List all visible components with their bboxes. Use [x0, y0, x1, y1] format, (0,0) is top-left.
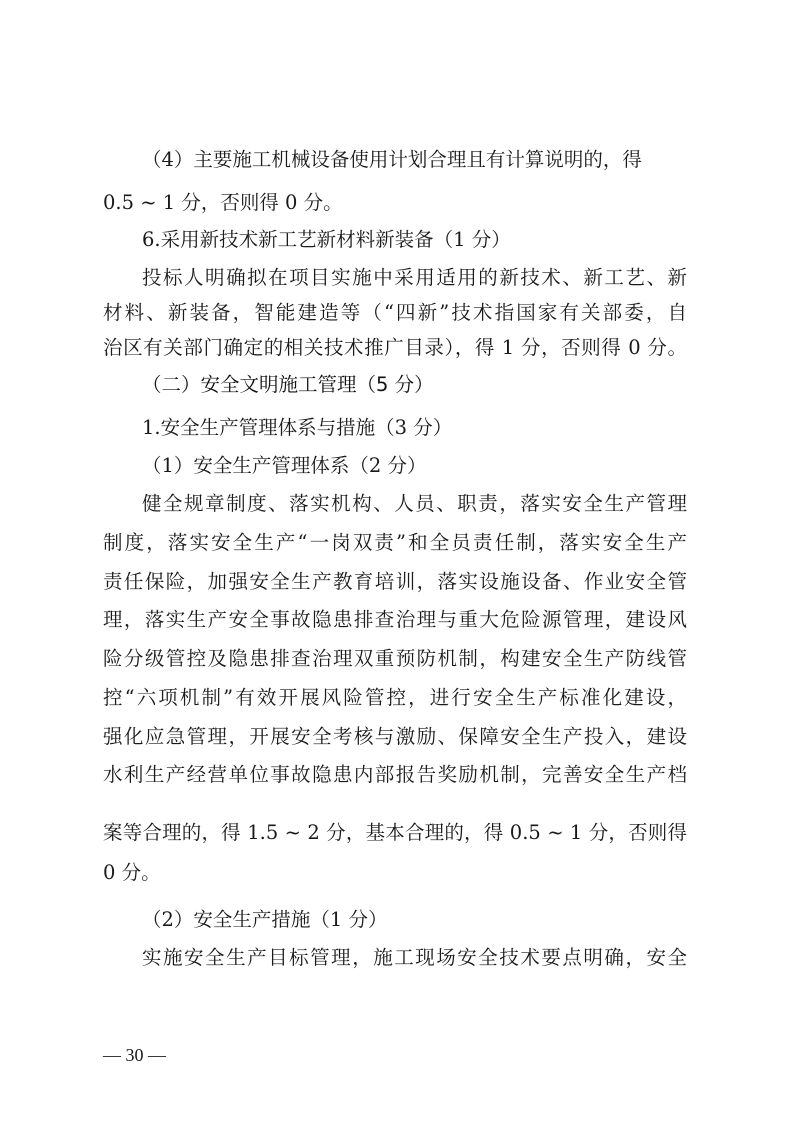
paragraph-line: 水利生产经营单位事故隐患内部报告奖励机制，完善安全生产档 — [103, 760, 687, 790]
criterion-4-text: （4）主要施工机械设备使用计划合理且有计算说明的，得 — [142, 145, 687, 175]
document-page: （4）主要施工机械设备使用计划合理且有计算说明的，得 0.5 ~ 1 分，否则得… — [0, 0, 793, 1122]
page-number: — 30 — — [103, 1042, 166, 1068]
paragraph-line: 强化应急管理，开展安全考核与激励、保障安全生产投入，建设 — [103, 722, 687, 752]
criterion-4-score: 0.5 ~ 1 分，否则得 0 分。 — [103, 188, 687, 218]
paragraph-line: 实施安全生产目标管理，施工现场安全技术要点明确，安全 — [142, 943, 687, 973]
paragraph-line: 理，落实生产安全事故隐患排查治理与重大危险源管理，建设风 — [103, 605, 687, 635]
paragraph-line: 治区有关部门确定的相关技术推广目录），得 1 分，否则得 0 分。 — [103, 333, 687, 363]
section-6-title: 6.采用新技术新工艺新材料新装备（1 分） — [142, 225, 687, 255]
paragraph-line: 0 分。 — [103, 858, 687, 888]
section-heading-2: （二）安全文明施工管理（5 分） — [142, 370, 687, 400]
paragraph-line: 险分级管控及隐患排查治理双重预防机制，构建安全生产防线管 — [103, 644, 687, 674]
paragraph-line: 制度，落实安全生产“一岗双责”和全员责任制，落实安全生产 — [103, 528, 687, 558]
item-2-title: （2）安全生产措施（1 分） — [142, 905, 687, 935]
paragraph-line: 案等合理的，得 1.5 ~ 2 分，基本合理的，得 0.5 ~ 1 分，否则得 — [103, 818, 687, 848]
paragraph-line: 投标人明确拟在项目实施中采用适用的新技术、新工艺、新 — [142, 263, 687, 293]
paragraph-line: 材料、新装备，智能建造等（“四新”技术指国家有关部委，自 — [103, 298, 687, 328]
item-1-title: （1）安全生产管理体系（2 分） — [142, 451, 687, 481]
subsection-1-title: 1.安全生产管理体系与措施（3 分） — [142, 413, 687, 443]
paragraph-line: 健全规章制度、落实机构、人员、职责，落实安全生产管理 — [142, 489, 687, 519]
paragraph-line: 责任保险，加强安全生产教育培训，落实设施设备、作业安全管 — [103, 567, 687, 597]
paragraph-line: 控“六项机制”有效开展风险管控，进行安全生产标准化建设， — [103, 683, 687, 713]
